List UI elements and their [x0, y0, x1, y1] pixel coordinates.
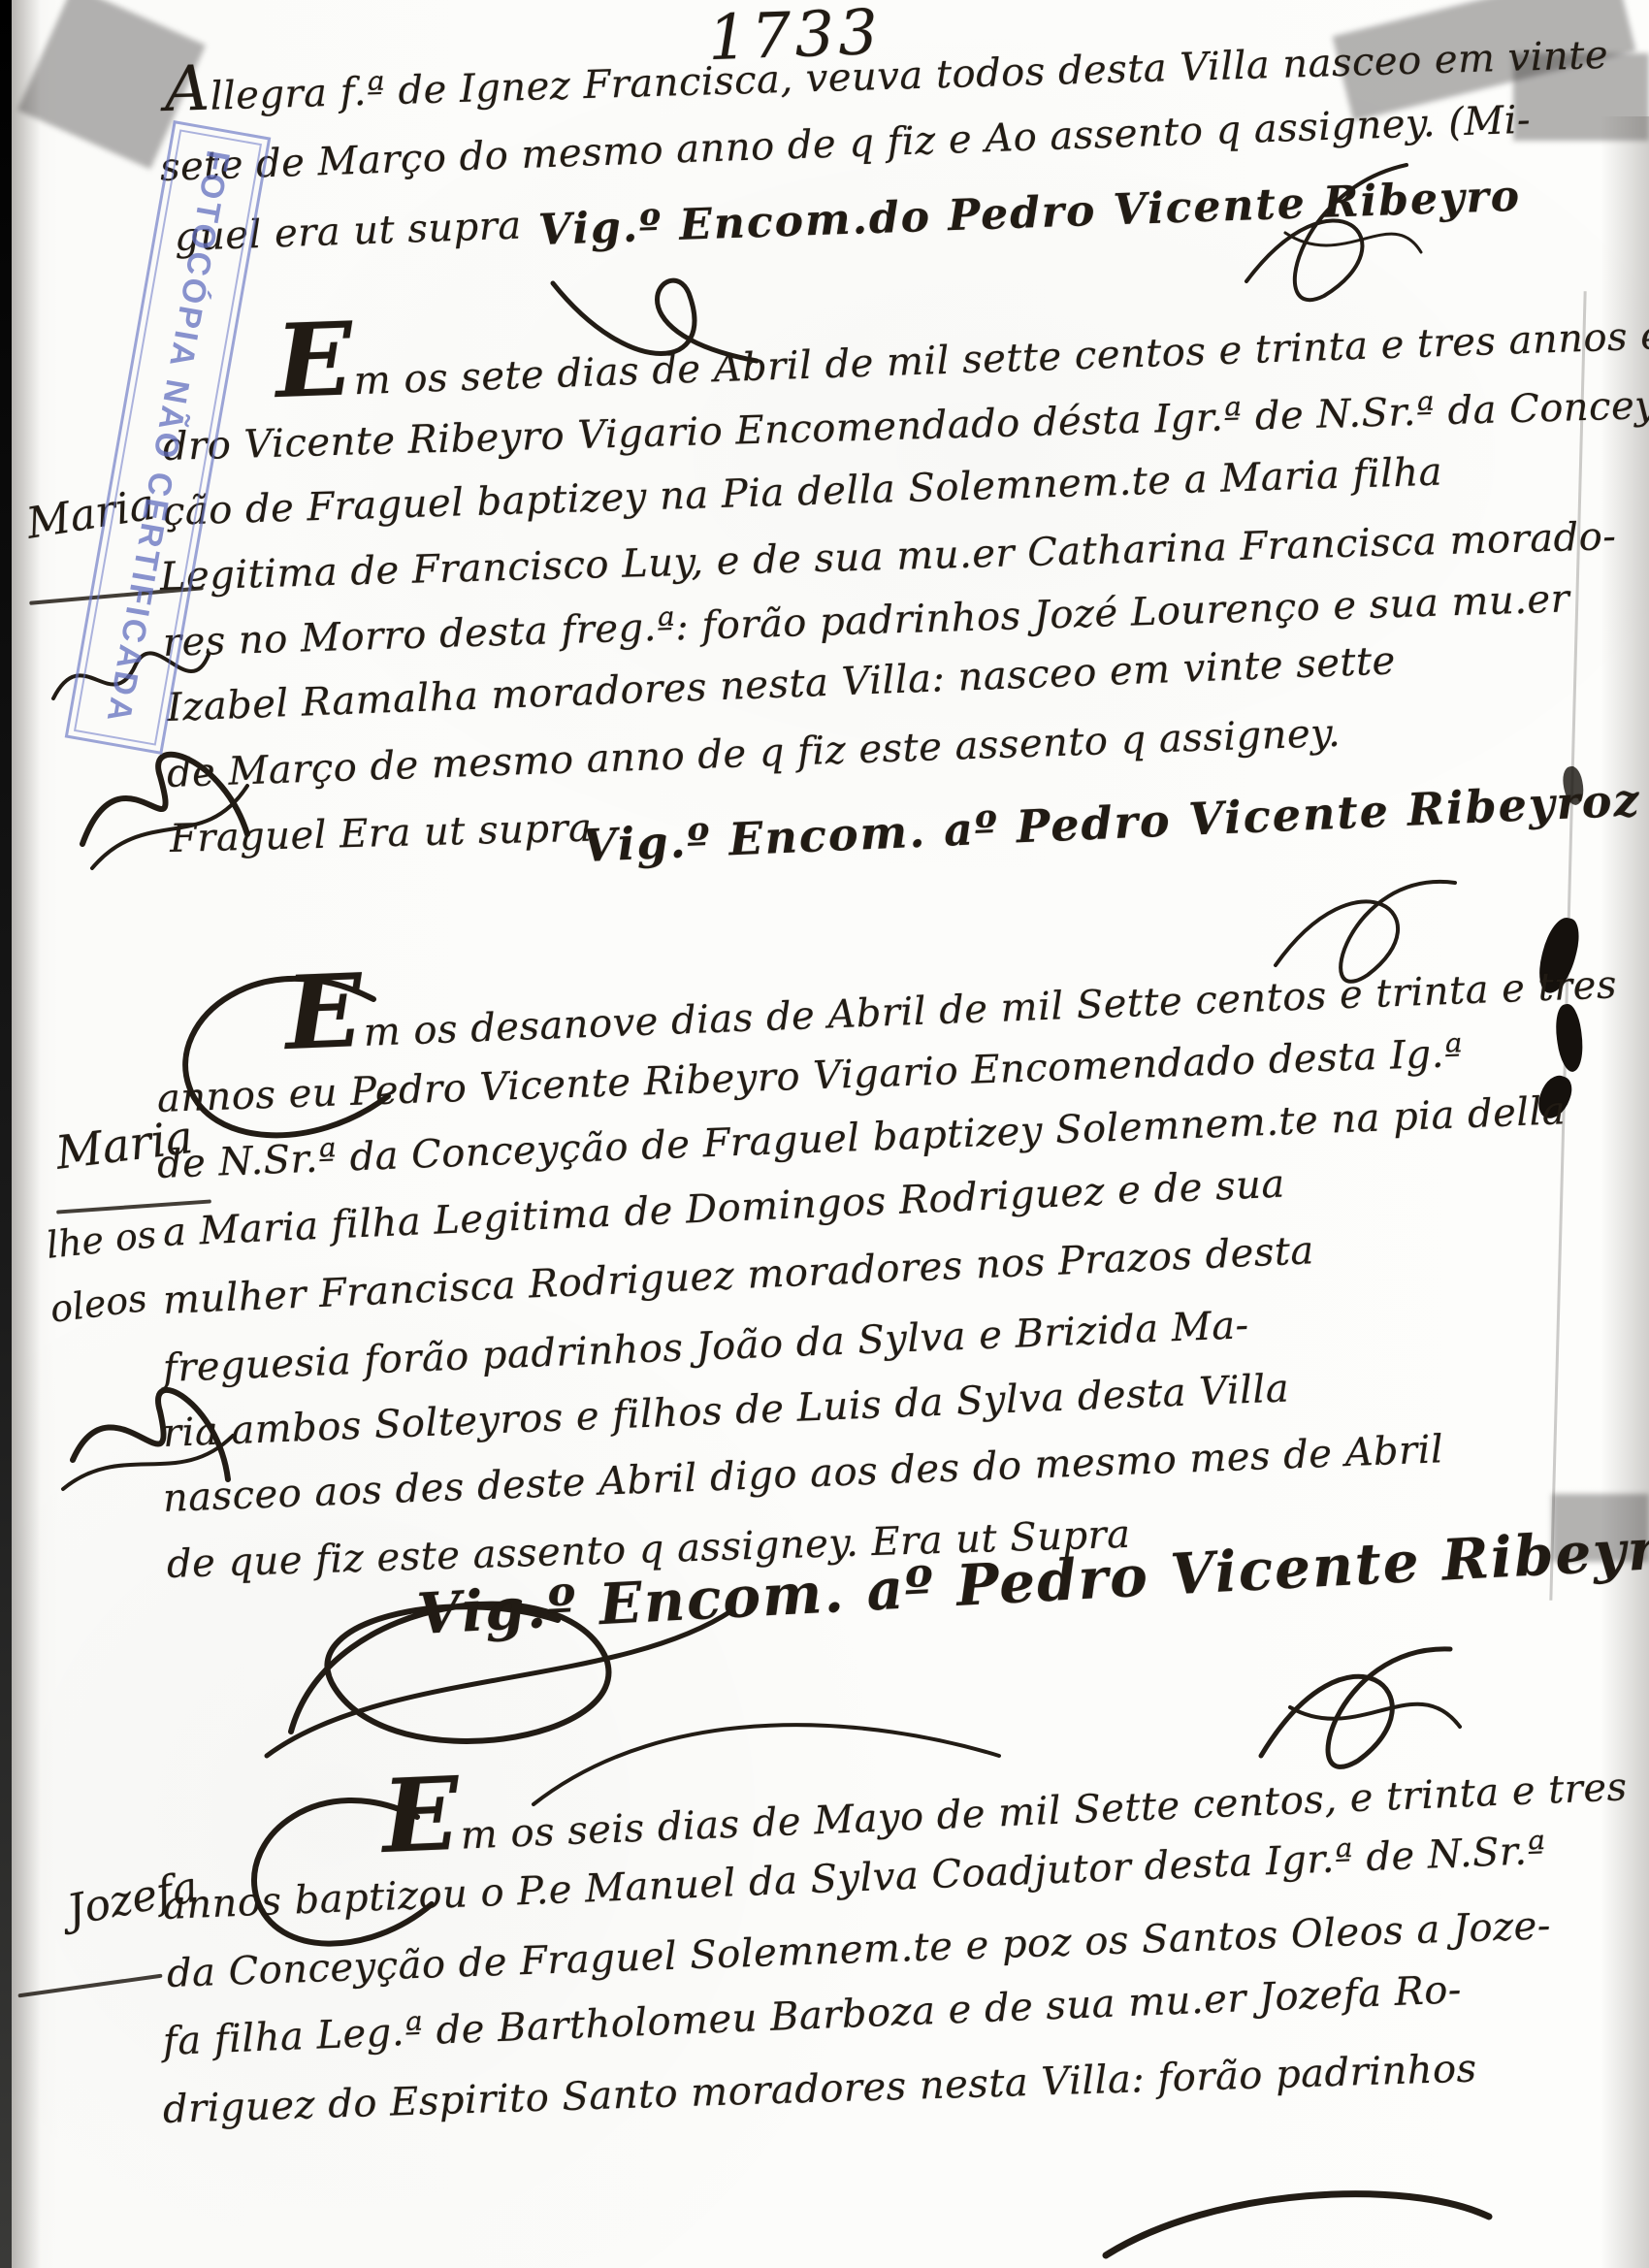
margin-note-lhe-os: lhe os — [45, 1213, 159, 1267]
signature-flourish — [1227, 136, 1440, 310]
signature-flourish — [1242, 1591, 1474, 1785]
closing-swash — [1096, 2173, 1503, 2268]
manuscript-page: 1733 FOTOCÓPIA NÃO CERTIFICADA Maria Mar… — [0, 0, 1649, 2268]
signature-line: Vig.º Encom. aº Pedro Vicente Ribeyroz — [581, 773, 1642, 872]
ink-blot-right-2 — [1552, 1003, 1586, 1074]
record-line: driguez do Espirito Santo moradores nest… — [162, 2046, 1477, 2132]
scan-edge-left-shade — [12, 0, 41, 2268]
margin-note-oleos: oleos — [48, 1277, 149, 1331]
scan-edge-right-shade — [1600, 116, 1649, 2268]
scan-edge-left — [0, 0, 12, 2268]
